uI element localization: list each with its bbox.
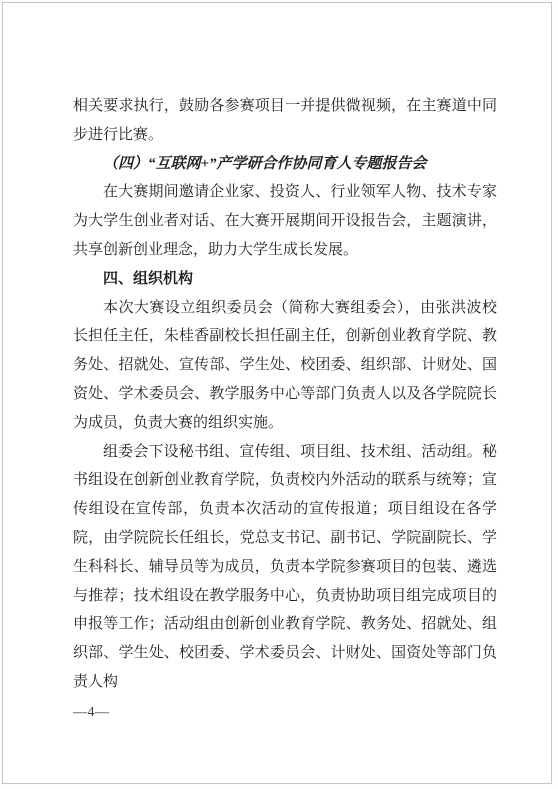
paragraph: 组委会下设秘书组、宣传组、项目组、技术组、活动组。秘书组设在创新创业教育学院，负… xyxy=(73,438,497,697)
document-viewport: 相关要求执行，鼓励各参赛项目一并提供微视频，在主赛道中同步进行比赛。（四）“互联… xyxy=(0,0,558,789)
paragraph-continuation: 相关要求执行，鼓励各参赛项目一并提供微视频，在主赛道中同步进行比赛。 xyxy=(73,92,497,150)
heading-italic: （四）“互联网+”产学研合作协同育人专题报告会 xyxy=(73,150,497,179)
paragraph: 本次大赛设立组织委员会（简称大赛组委会），由张洪波校长担任主任，朱桂香副校长担任… xyxy=(73,294,497,438)
document-text-block: 相关要求执行，鼓励各参赛项目一并提供微视频，在主赛道中同步进行比赛。（四）“互联… xyxy=(73,92,497,697)
heading-bold: 四、组织机构 xyxy=(73,265,497,294)
document-page: 相关要求执行，鼓励各参赛项目一并提供微视频，在主赛道中同步进行比赛。（四）“互联… xyxy=(2,2,552,784)
page-number: —4— xyxy=(73,703,110,723)
paragraph: 在大赛期间邀请企业家、投资人、行业领军人物、技术专家为大学生创业者对话、在大赛开… xyxy=(73,178,497,264)
